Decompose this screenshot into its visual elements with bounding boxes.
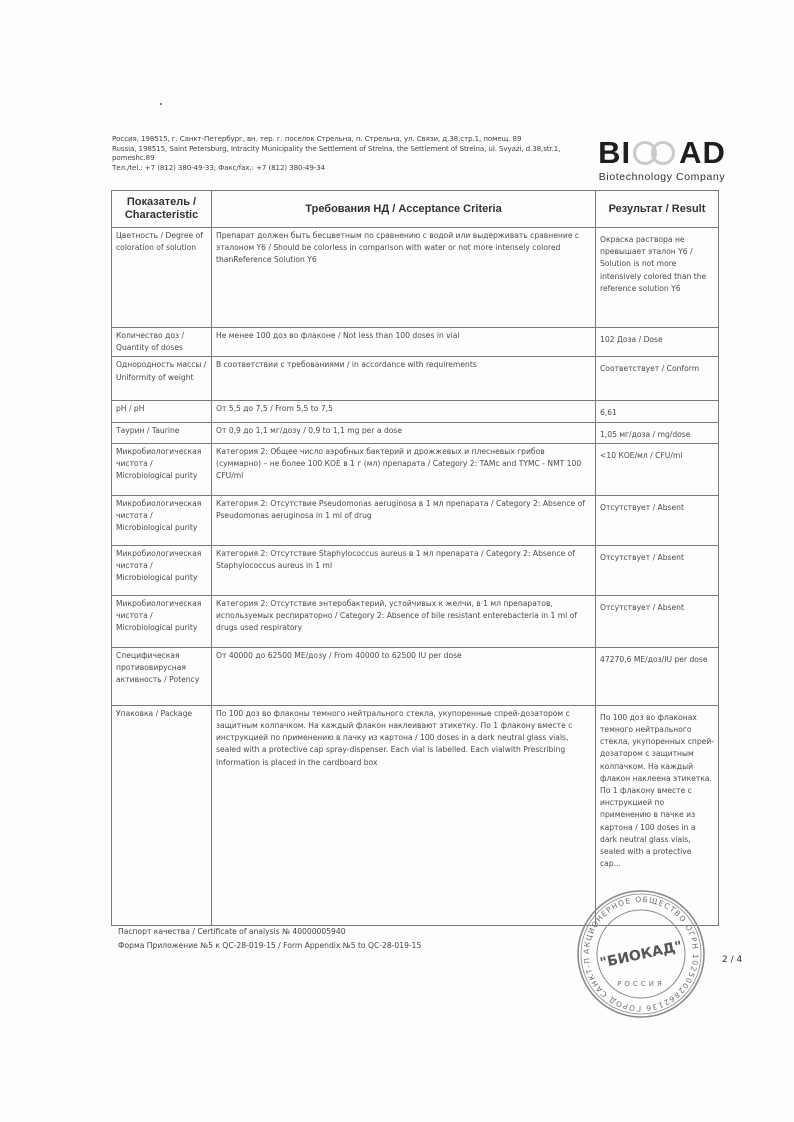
stamp-country-text: РОССИЯ: [617, 980, 665, 988]
cell-characteristic: Количество доз / Quantity of doses: [112, 328, 212, 357]
table-row: Микробиологическая чистота / Microbiolog…: [112, 545, 719, 595]
logo-left-letters: BI: [598, 138, 631, 168]
table-row: Таурин / TaurineОт 0,9 до 1,1 мг/дозу / …: [112, 422, 719, 443]
column-header-characteristic: Показатель / Characteristic: [112, 191, 212, 228]
table-row: Цветность / Degree of coloration of solu…: [112, 228, 719, 328]
cell-criteria: От 0,9 до 1,1 мг/дозу / 0,9 to 1,1 mg pe…: [212, 422, 596, 443]
cell-result: Отсутствует / Absent: [596, 595, 719, 647]
logo-tagline: Biotechnology Company: [597, 171, 727, 183]
table-row: Микробиологическая чистота / Microbiolog…: [112, 443, 719, 495]
address-line-ru: Россия, 198515, г. Санкт-Петербург, вн. …: [112, 134, 582, 144]
company-address: Россия, 198515, г. Санкт-Петербург, вн. …: [112, 134, 582, 172]
cell-result: Соответствует / Conform: [596, 357, 719, 401]
cell-criteria: Категория 2: Общее число аэробных бактер…: [212, 443, 596, 495]
cell-criteria: Категория 2: Отсутствие Staphylococcus a…: [212, 545, 596, 595]
page-number: 2 / 4: [722, 955, 742, 965]
scan-speck: [160, 103, 162, 105]
cell-criteria: Препарат должен быть бесцветным по сравн…: [212, 228, 596, 328]
cell-criteria: Не менее 100 доз во флаконе / Not less t…: [212, 328, 596, 357]
cell-characteristic: Упаковка / Package: [112, 705, 212, 925]
cell-result: 47270,6 МЕ/доз/IU per dose: [596, 647, 719, 705]
cell-characteristic: Специфическая противовирусная активность…: [112, 647, 212, 705]
document-footer: Паспорт качества / Certificate of analys…: [118, 925, 421, 953]
cell-characteristic: pH / pH: [112, 401, 212, 422]
cell-criteria: Категория 2: Отсутствие Pseudomonas aeru…: [212, 495, 596, 545]
cell-criteria: По 100 доз во флаконы темного нейтрально…: [212, 705, 596, 925]
linked-rings-icon: [633, 141, 677, 165]
form-reference: Форма Приложение №5 к QC-28-019-15 / For…: [118, 939, 421, 953]
cell-result: 1,05 мг/доза / mg/dose: [596, 422, 719, 443]
document-page: Россия, 198515, г. Санкт-Петербург, вн. …: [0, 0, 794, 1122]
cell-criteria: От 40000 до 62500 МЕ/дозу / From 40000 t…: [212, 647, 596, 705]
address-line-en: Russia, 198515, Saint Petersburg, Intrac…: [112, 144, 582, 154]
cell-characteristic: Микробиологическая чистота / Microbiolog…: [112, 443, 212, 495]
cell-criteria: В соответствии с требованиями / in accor…: [212, 357, 596, 401]
table-row: Однородность массы / Uniformity of weigh…: [112, 357, 719, 401]
cell-characteristic: Таурин / Taurine: [112, 422, 212, 443]
cell-result: <10 КОЕ/мл / CFU/ml: [596, 443, 719, 495]
cell-characteristic: Микробиологическая чистота / Microbiolog…: [112, 545, 212, 595]
cell-result: Отсутствует / Absent: [596, 495, 719, 545]
cell-result: Отсутствует / Absent: [596, 545, 719, 595]
column-header-result: Результат / Result: [596, 191, 719, 228]
logo-wordmark: BI AD: [597, 138, 727, 168]
cell-result: 102 Доза / Dose: [596, 328, 719, 357]
stamp-center-text: "БИОКАД": [599, 938, 684, 971]
biocad-logo: BI AD Biotechnology Company: [597, 138, 727, 183]
cell-characteristic: Однородность массы / Uniformity of weigh…: [112, 357, 212, 401]
phone-fax: Тел./tel.: +7 (812) 380-49-33; Факс/fax.…: [112, 163, 582, 173]
column-header-criteria: Требования НД / Acceptance Criteria: [212, 191, 596, 228]
table-row: Количество доз / Quantity of dosesНе мен…: [112, 328, 719, 357]
cell-characteristic: Микробиологическая чистота / Microbiolog…: [112, 595, 212, 647]
cell-result: Окраска раствора не превышает эталон Y6 …: [596, 228, 719, 328]
table-row: Микробиологическая чистота / Microbiolog…: [112, 595, 719, 647]
company-seal-stamp: АКЦИОНЕРНОЕ ОБЩЕСТВО ОГРН 1025002862136 …: [575, 888, 707, 1020]
cell-result: 6,61: [596, 401, 719, 422]
address-line-en-cont: pomeshc.89: [112, 153, 582, 163]
cell-criteria: Категория 2: Отсутствие энтеробактерий, …: [212, 595, 596, 647]
table-row: Специфическая противовирусная активность…: [112, 647, 719, 705]
table-row: Микробиологическая чистота / Microbiolog…: [112, 495, 719, 545]
table-row: pH / pHОт 5,5 до 7,5 / From 5,5 to 7,56,…: [112, 401, 719, 422]
cell-characteristic: Цветность / Degree of coloration of solu…: [112, 228, 212, 328]
certificate-number: Паспорт качества / Certificate of analys…: [118, 925, 421, 939]
certificate-table: Показатель / Characteristic Требования Н…: [111, 190, 719, 926]
cell-criteria: От 5,5 до 7,5 / From 5,5 to 7,5: [212, 401, 596, 422]
cell-characteristic: Микробиологическая чистота / Microbiolog…: [112, 495, 212, 545]
table-header-row: Показатель / Characteristic Требования Н…: [112, 191, 719, 228]
logo-right-letters: AD: [679, 138, 726, 168]
